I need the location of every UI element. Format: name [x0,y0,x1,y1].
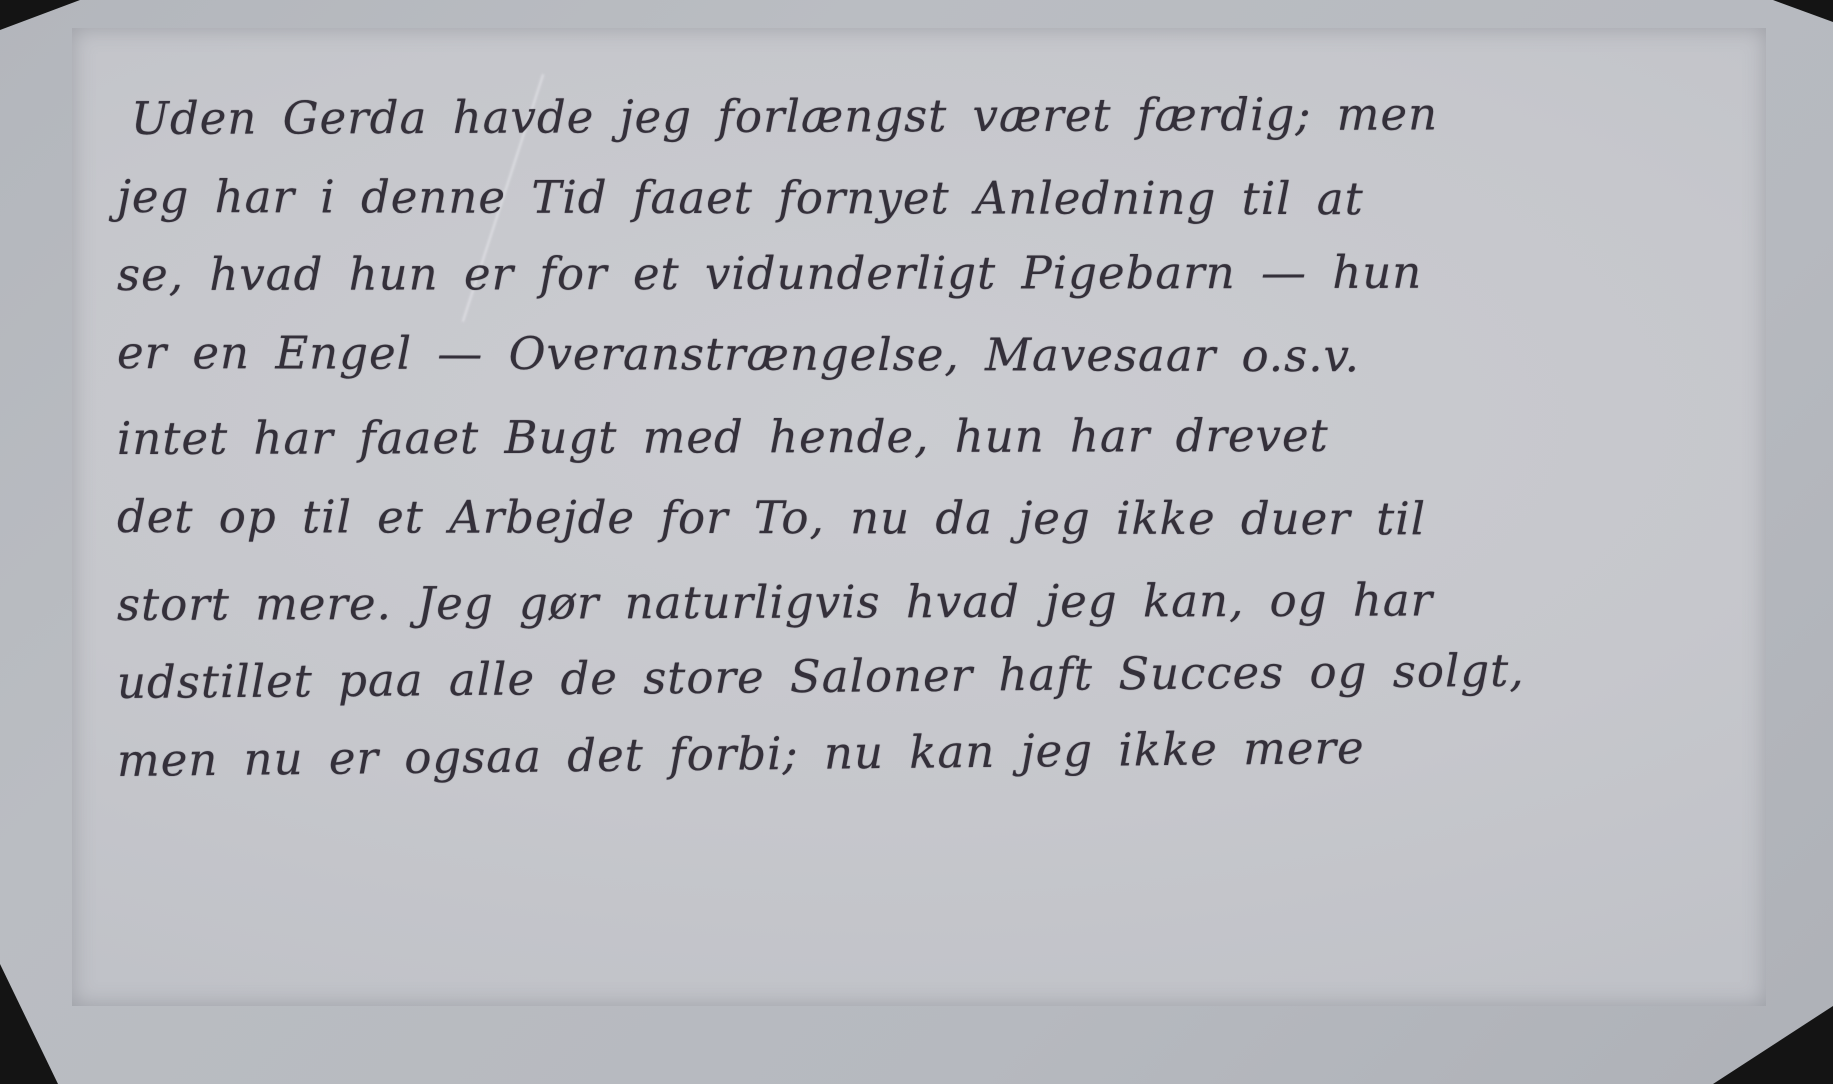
handwriting-line: Uden Gerda havde jeg forlængst været fær… [131,75,1537,158]
handwriting-line: det op til et Arbejde for To, nu da jeg … [117,478,1537,558]
handwritten-text-block: Uden Gerda havde jeg forlængst været fær… [117,80,1537,800]
photo-corner-shadow-bottom-right [1713,1006,1833,1084]
handwriting-line: se, hvad hun er for et vidunderligt Pige… [117,234,1537,314]
handwriting-line: intet har faaet Bugt med hende, hun har … [117,396,1537,478]
letter-paper: Uden Gerda havde jeg forlængst været fær… [72,28,1766,1006]
photo-corner-shadow-top-right [1773,0,1833,22]
photo-corner-shadow-bottom-left [0,964,58,1084]
handwriting-line: stort mere. Jeg gør naturligvis hvad jeg… [117,561,1537,644]
letter-photograph: Uden Gerda havde jeg forlængst været fær… [0,0,1833,1084]
handwriting-line: men nu er ogsaa det forbi; nu kan jeg ik… [117,707,1538,800]
handwriting-line: jeg har i denne Tid faaet fornyet Anledn… [117,158,1537,238]
photo-corner-shadow-top-left [0,0,80,30]
handwriting-line: er en Engel — Overanstrængelse, Mavesaar… [117,314,1537,396]
